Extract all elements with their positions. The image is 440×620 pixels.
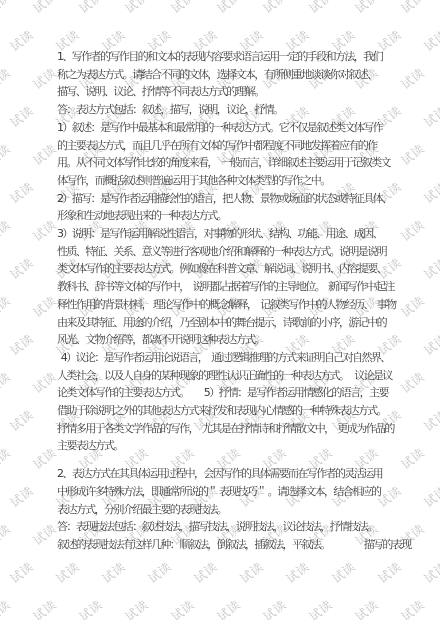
watermark-text: 试读 [305,596,335,620]
text-line: 中形成许多特殊方法，即通常所说的＂ 表现技巧＂ 。请选择文本，结合相应的 [57,483,391,501]
watermark-text: 试读 [75,0,105,17]
watermark-text: 试读 [305,0,335,17]
watermark-text: 试读 [144,558,174,587]
watermark-text: 试读 [29,292,59,321]
watermark-text: 试读 [351,596,381,620]
watermark-text: 试读 [397,64,427,93]
watermark-text: 试读 [29,444,59,473]
text-line: 3）说明：是写作运用解说性语言，对事物的形状、结构、功能、用途、成因、 [57,225,391,243]
watermark-text: 试读 [420,330,440,359]
text-line: 4）议论：是写作者运用论说语言， 通过逻辑推理的方式来证明自己对自然界、 [57,349,391,367]
watermark-text: 试读 [236,558,266,587]
watermark-text: 试读 [0,520,14,549]
text-line: 2、表达方式在其具体运用过程中，会因写作的具体需要而在写作者的灵活运用 [57,465,391,483]
text-line: 形象和生动地表现出来的一种表达方式。 [57,207,391,225]
watermark-text: 试读 [0,140,14,169]
text-line: 2）描写：是写作者运用描绘性的语言，把人物、景物或场面的状态或特征具体、 [57,190,391,208]
watermark-text: 试读 [121,596,151,620]
watermark-text: 试读 [0,0,14,17]
question1-answer-block: 1、写作者的写作目的和文本的表现内容要求语言运用一定的手段和方法，我们称之为表达… [57,48,391,455]
text-line: 由来及其特征、用途的介绍，乃至剧本中的舞台提示，诗歌前的小序，游记中的 [57,314,391,332]
document-page: 1、写作者的写作目的和文本的表现内容要求语言运用一定的手段和方法，我们称之为表达… [57,48,391,554]
text-line: 答：表现技法包括：叙述技法，描写技法，说明技法，议论技法，抒情技法。 [57,518,391,536]
watermark-text: 试读 [420,102,440,131]
watermark-text: 试读 [374,558,404,587]
watermark-text: 试读 [397,292,427,321]
watermark-text: 试读 [29,368,59,397]
watermark-text: 试读 [6,178,36,207]
watermark-text: 试读 [259,0,289,17]
watermark-text: 试读 [0,444,14,473]
watermark-text: 试读 [98,558,128,587]
watermark-text: 试读 [6,558,36,587]
watermark-text: 试读 [6,102,36,131]
text-line: 的主要表达方式，而且几乎在所有文体的写作中都程度不同地发挥着应有的作 [57,137,391,155]
text-line: 风光、文物介绍等，都离不开说明这种表达方式。 [57,331,391,349]
watermark-text: 试读 [6,482,36,511]
text-line: 答：表达方式包括：叙述，描写，说明，议论，抒情。 [57,101,391,119]
watermark-text: 试读 [213,596,243,620]
text-line: 借助于除说明之外的其他表达方式来抒发和表现内心情感的一种特殊表达方式。 [57,402,391,420]
text-line: 性质、特征、关系、意义等进行客观地介绍和解释的一种表达方式。说明是说明 [57,243,391,261]
text-line: 论类文体写作的主要表达方式。 5）抒情：是写作者运用情感化的语言，主要 [57,384,391,402]
text-line: 人类社会，以及人自身的某种现象的理性认识正确性的一种表达方式。 议论是议 [57,367,391,385]
watermark-text: 试读 [167,596,197,620]
watermark-text: 试读 [29,140,59,169]
watermark-text: 试读 [420,558,440,587]
watermark-text: 试读 [259,596,289,620]
watermark-text: 试读 [29,64,59,93]
watermark-text: 试读 [6,26,36,55]
watermark-text: 试读 [397,444,427,473]
watermark-text: 试读 [0,596,14,620]
watermark-text: 试读 [282,558,312,587]
text-line: 表达方式，分别介绍最主要的表现技法。 [57,501,391,519]
watermark-text: 试读 [0,292,14,321]
watermark-text: 试读 [213,0,243,17]
text-line: 称之为表达方式。请结合不同的文体，选择文本，有所侧重地谈谈你对叙述、 [57,66,391,84]
text-line: 释性作用的背景材料， 理论写作中的概念解释， 记叙类写作中的人物经历、 事物 [57,296,391,314]
watermark-text: 试读 [420,254,440,283]
watermark-text: 试读 [0,368,14,397]
text-line: 体写作，而概括叙述则普遍运用于其他各种文体类型的写作之中。 [57,172,391,190]
text-line: 用。从不同文体写作比较的角度来看， 一般而言，详细叙述主要运用于记叙类文 [57,154,391,172]
text-line: 类文体写作的主要表达方式。例如像在科普文章、解说词、说明书、内容提要、 [57,260,391,278]
watermark-text: 试读 [6,406,36,435]
watermark-text: 试读 [6,330,36,359]
watermark-text: 试读 [397,368,427,397]
question2-answer-block: 2、表达方式在其具体运用过程中，会因写作的具体需要而在写作者的灵活运用中形成许多… [57,465,391,554]
watermark-text: 试读 [75,596,105,620]
watermark-text: 试读 [397,216,427,245]
watermark-text: 试读 [190,558,220,587]
text-line: 抒情多用于各类文学作品的写作， 尤其是在抒情诗和抒情散文中， 更成为作品的 [57,420,391,438]
watermark-text: 试读 [29,596,59,620]
watermark-text: 试读 [6,254,36,283]
watermark-text: 试读 [420,26,440,55]
watermark-text: 试读 [397,0,427,17]
text-line: 主要表达方式。 [57,437,391,455]
text-line: 1）叙述：是写作中最基本和最常用的一种表达方式。它不仅是叙述类文体写作 [57,119,391,137]
watermark-text: 试读 [29,216,59,245]
watermark-text: 试读 [351,0,381,17]
watermark-text: 试读 [52,558,82,587]
watermark-text: 试读 [328,558,358,587]
text-line: 教科书、辞书等文体的写作中， 说明都占据着写作的主导地位。 新闻写作中起注 [57,278,391,296]
watermark-text: 试读 [121,0,151,17]
watermark-text: 试读 [0,216,14,245]
watermark-text: 试读 [167,0,197,17]
watermark-text: 试读 [420,482,440,511]
text-line: 描写、说明、议论、抒情等不同表达方式的理解。 [57,83,391,101]
watermark-text: 试读 [29,0,59,17]
watermark-text: 试读 [397,596,427,620]
text-line: 叙述的表现技法有这样几种：顺叙法，倒叙法，插叙法，平叙法。 描写的表现 [57,536,391,554]
watermark-text: 试读 [420,406,440,435]
watermark-text: 试读 [420,178,440,207]
watermark-text: 试读 [397,140,427,169]
text-line: 1、写作者的写作目的和文本的表现内容要求语言运用一定的手段和方法，我们 [57,48,391,66]
watermark-text: 试读 [29,520,59,549]
watermark-text: 试读 [0,64,14,93]
